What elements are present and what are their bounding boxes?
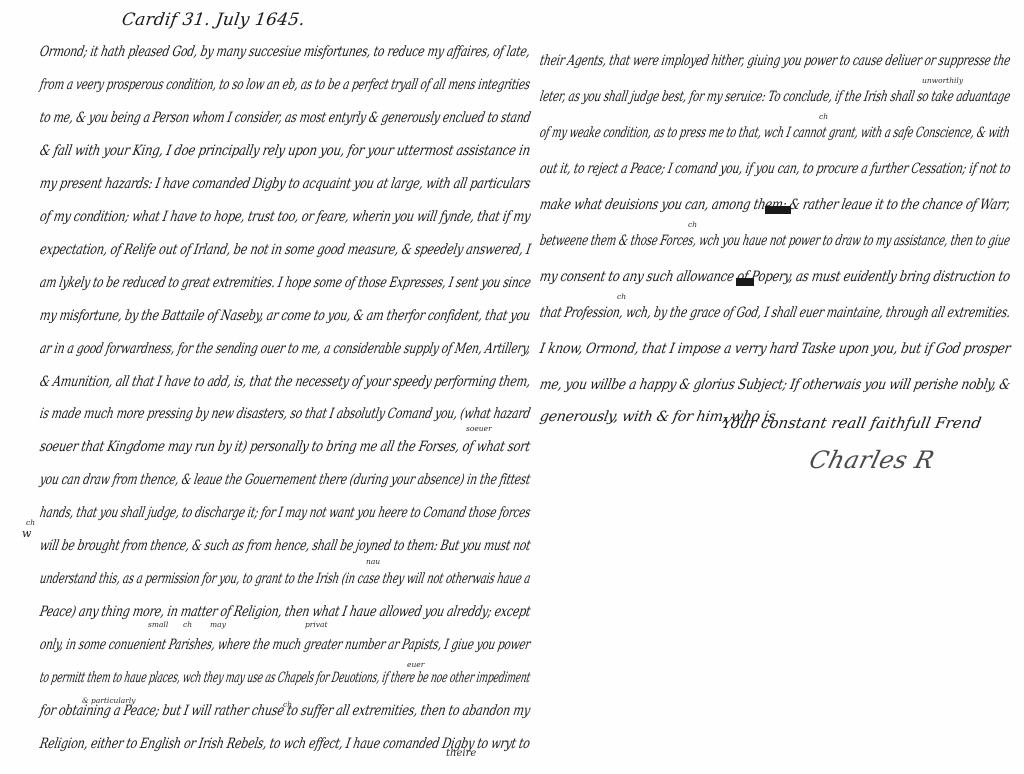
interlinear-note: privat <box>305 620 328 629</box>
margin-note-superscript: ch <box>26 518 35 527</box>
letter-line: will be brought from thence, & such as f… <box>39 538 532 554</box>
letter-line: ar in a good forwardness, for the sendin… <box>39 341 532 357</box>
interlinear-note: & particularly <box>82 696 135 705</box>
catchword: theire <box>446 748 476 759</box>
letter-page: Cardif 31. July 1645. Ormond; it hath pl… <box>0 0 1024 774</box>
letter-line: I know, Ormond, that I impose a verry ha… <box>539 341 1012 357</box>
letter-line: of my condition; what I have to hope, tr… <box>39 209 532 225</box>
letter-signature: Charles R <box>807 446 938 474</box>
interlinear-note: ch <box>283 700 292 709</box>
letter-line: Peace) any thing more, in matter of Reli… <box>39 604 532 620</box>
struck-out-word <box>765 206 791 214</box>
letter-line: from a veery prosperous condition, to so… <box>39 77 532 93</box>
letter-dateline: Cardif 31. July 1645. <box>121 10 307 30</box>
letter-line: my misfortune, by the Battaile of Naseby… <box>39 308 532 324</box>
letter-line: their Agents, that were imployed hither,… <box>539 53 1012 69</box>
letter-line: to me, & you being a Person whom I consi… <box>39 110 532 126</box>
interlinear-note: may <box>210 620 226 629</box>
interlinear-note: soeuer <box>466 424 492 433</box>
letter-line: me, you willbe a happy & glorius Subject… <box>539 377 1012 393</box>
margin-note-text: w <box>22 527 31 540</box>
letter-line: hands, that you shall judge, to discharg… <box>39 505 532 521</box>
struck-out-word <box>736 278 754 286</box>
letter-line: my consent to any such allowance of Pope… <box>539 269 1012 285</box>
letter-line: betweene them & those Forces, wch you ha… <box>539 233 1012 249</box>
interlinear-note: small <box>148 620 168 629</box>
letter-line: you can draw from thence, & leaue the Go… <box>39 472 532 488</box>
letter-line: my present hazards: I have comanded Digb… <box>39 176 532 192</box>
interlinear-note: ch <box>688 220 697 229</box>
interlinear-note: nau <box>366 557 380 566</box>
letter-line: soeuer that Kingdome may run by it) pers… <box>39 439 532 455</box>
letter-line: is made much more pressing by new disast… <box>39 406 532 422</box>
letter-line: leter, as you shall judge best, for my s… <box>539 89 1012 105</box>
interlinear-note: ch <box>617 292 626 301</box>
letter-line: & fall with your King, I doe principally… <box>39 143 532 159</box>
letter-line: to permitt them to haue places, wch they… <box>39 670 532 686</box>
letter-line: of my weake condition, as to press me to… <box>539 125 1011 141</box>
letter-line: only, in some conuenient Parishes, where… <box>39 637 532 653</box>
letter-line: & Amunition, all that I have to add, is,… <box>39 374 532 390</box>
letter-line: understand this, as a permission for you… <box>39 571 532 587</box>
letter-line: out it, to reject a Peace; I comand you,… <box>539 161 1012 177</box>
letter-line: am lykely to be reduced to great extremi… <box>39 275 532 291</box>
interlinear-note: unworthily <box>922 76 963 85</box>
interlinear-note: euer <box>407 660 424 669</box>
letter-line: Ormond; it hath pleased God, by many suc… <box>39 44 532 60</box>
margin-note: ch w <box>22 527 31 540</box>
letter-closing: Your constant reall faithfull Frend <box>720 414 982 432</box>
interlinear-note: ch <box>819 112 828 121</box>
letter-line: that Profession, wch, by the grace of Go… <box>539 305 1012 321</box>
interlinear-note: ch <box>183 620 192 629</box>
letter-line: expectation, of Relife out of Irland, be… <box>39 242 532 258</box>
